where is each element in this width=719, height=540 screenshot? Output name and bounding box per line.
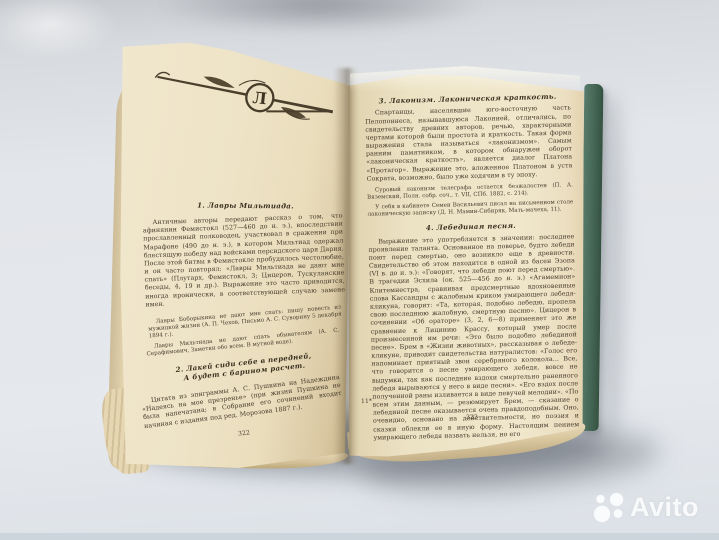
section-3-body: Спартанцы, населявшие юго-восточную част…	[365, 105, 573, 184]
ornament-letter: Л	[252, 88, 268, 108]
section-3-quote-1: Суровый лаконизм телеграфа остается безж…	[367, 182, 573, 201]
avito-wordmark: Avito	[630, 492, 699, 523]
signature-mark: 11*	[361, 398, 372, 405]
section-4-heading: 4. Лебединая песня.	[368, 219, 574, 234]
right-page: 3. Лаконизм. Лаконическая краткость. Спа…	[345, 60, 585, 462]
book-photo: Л 1. Лавры Мильтиада. Античные авторы пе…	[0, 0, 719, 540]
background-top-shadow	[90, 0, 550, 44]
spine-shadow	[334, 68, 358, 464]
section-3-heading: 3. Лаконизм. Лаконическая краткость.	[365, 91, 571, 106]
background-highlight	[0, 0, 140, 70]
section-1-body: Античные авторы передают рассказ о том, …	[142, 213, 345, 310]
right-page-text-column: 3. Лаконизм. Лаконическая краткость. Спа…	[365, 91, 580, 442]
background-bottom-strip	[0, 533, 719, 540]
left-page: Л 1. Лавры Мильтиада. Античные авторы пе…	[118, 40, 350, 468]
section-3-quote-2: У себя в кабинете Семен Васильевич писал…	[367, 199, 573, 218]
avito-logo-icon	[592, 490, 626, 524]
avito-watermark: Avito	[592, 485, 716, 529]
section-1-heading: 1. Лавры Мильтиада.	[148, 200, 343, 211]
